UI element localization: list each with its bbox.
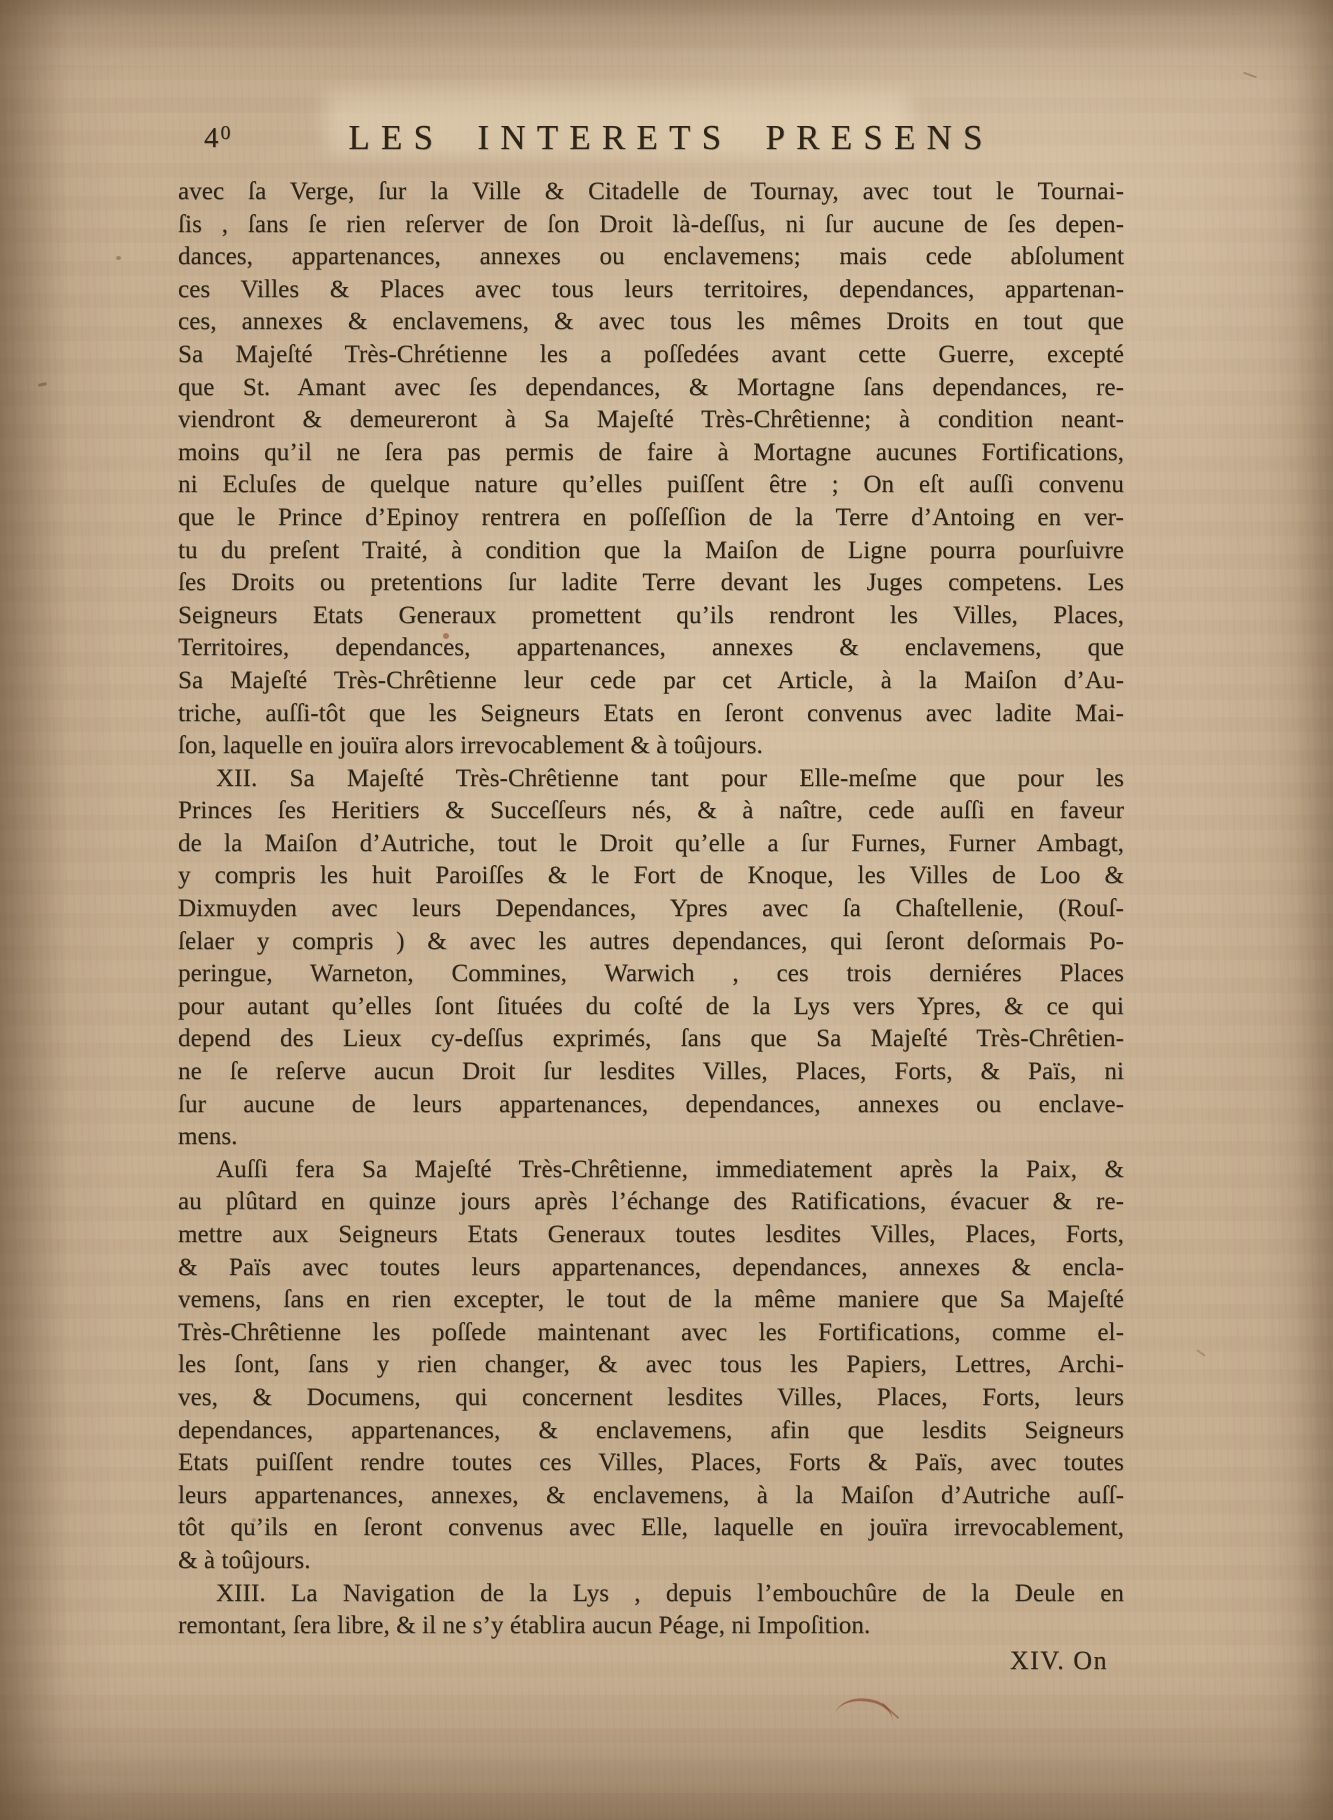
text-line: ne ſe reſerve aucun Droit ſur lesdites V… <box>178 1056 1124 1089</box>
text-line: ni Ecluſes de quelque nature qu’elles pu… <box>178 469 1124 502</box>
catchword: XIV. On <box>178 1645 1124 1678</box>
paper-speck <box>1196 1349 1205 1356</box>
text-line: viendront & demeureront à Sa Majeſté Trè… <box>178 404 1124 437</box>
text-line: pour autant qu’elles ſont ſituées du coſ… <box>178 991 1124 1024</box>
text-line: ſelaer y compris ) & avec les autres dep… <box>178 926 1124 959</box>
text-line: vemens, ſans en rien excepter, le tout d… <box>178 1284 1124 1317</box>
text-line: tu du preſent Traité, à condition que la… <box>178 535 1124 568</box>
text-line: tôt qu’ils en ſeront convenus avec Elle,… <box>178 1512 1124 1545</box>
text-line: Très-Chrêtienne les poſſede maintenant a… <box>178 1317 1124 1350</box>
text-line: Etats puiſſent rendre toutes ces Villes,… <box>178 1447 1124 1480</box>
text-line: avec ſa Verge, ſur la Ville & Citadelle … <box>178 176 1124 209</box>
text-line: Territoires, dependances, appartenances,… <box>178 632 1124 665</box>
paper-speck <box>1243 72 1257 79</box>
text-line: triche, auſſi-tôt que les Seigneurs Etat… <box>178 698 1124 731</box>
text-line: Dixmuyden avec leurs Dependances, Ypres … <box>178 893 1124 926</box>
text-line: moins qu’il ne ſera pas permis de faire … <box>178 437 1124 470</box>
text-line: au plûtard en quinze jours après l’échan… <box>178 1186 1124 1219</box>
text-line: remontant, ſera libre, & il ne s’y établ… <box>178 1610 1124 1643</box>
text-line: de la Maiſon d’Autriche, tout le Droit q… <box>178 828 1124 861</box>
text-line: mettre aux Seigneurs Etats Generaux tout… <box>178 1219 1124 1252</box>
text-line: Auſſi fera Sa Majeſté Très-Chrêtienne, i… <box>178 1154 1124 1187</box>
text-line: Sa Majeſté Très-Chrêtienne leur cede par… <box>178 665 1124 698</box>
page-number-superscript: 0 <box>221 122 232 144</box>
text-line: ves, & Documens, qui concernent lesdites… <box>178 1382 1124 1415</box>
text-line: ſur aucune de leurs appartenances, depen… <box>178 1089 1124 1122</box>
paper-fiber-squiggle <box>834 1691 896 1729</box>
book-page: 40 LES INTERETS PRESENS avec ſa Verge, ſ… <box>0 0 1333 1820</box>
text-line: les ſont, ſans y rien changer, & avec to… <box>178 1349 1124 1382</box>
text-line: mens. <box>178 1121 1124 1154</box>
text-line: & Païs avec toutes leurs appartenances, … <box>178 1252 1124 1285</box>
text-line: que le Prince d’Epinoy rentrera en poſſe… <box>178 502 1124 535</box>
text-line: Seigneurs Etats Generaux promettent qu’i… <box>178 600 1124 633</box>
text-line: Sa Majeſté Très-Chrétienne les a poſſedé… <box>178 339 1124 372</box>
text-line: ces, annexes & enclavemens, & avec tous … <box>178 306 1124 339</box>
text-line: ſon, laquelle en jouïra alors irrevocabl… <box>178 730 1124 763</box>
text-line: que St. Amant avec ſes dependances, & Mo… <box>178 372 1124 405</box>
text-line-article-xii: XII. Sa Majeſté Très-Chrêtienne tant pou… <box>178 763 1124 796</box>
page-number-digit: 4 <box>204 122 220 154</box>
text-line: ces Villes & Places avec tous leurs terr… <box>178 274 1124 307</box>
paper-speck <box>116 256 121 260</box>
text-line: y compris les huit Paroiſſes & le Fort d… <box>178 860 1124 893</box>
text-line: dances, appartenances, annexes ou enclav… <box>178 241 1124 274</box>
text-block: avec ſa Verge, ſur la Ville & Citadelle … <box>178 176 1124 1677</box>
paper-speck <box>38 382 47 387</box>
text-line: peringue, Warneton, Commines, Warwich , … <box>178 958 1124 991</box>
text-line-article-xiii: XIII. La Navigation de la Lys , depuis l… <box>178 1578 1124 1611</box>
page-header: 40 LES INTERETS PRESENS <box>178 110 1124 166</box>
text-line: & à toûjours. <box>178 1545 1124 1578</box>
text-line: Princes ſes Heritiers & Succeſſeurs nés,… <box>178 795 1124 828</box>
text-line: ſes Droits ou pretentions ſur ladite Ter… <box>178 567 1124 600</box>
text-line: leurs appartenances, annexes, & enclavem… <box>178 1480 1124 1513</box>
page-number: 40 <box>204 122 231 155</box>
text-line: dependances, appartenances, & enclavemen… <box>178 1415 1124 1448</box>
text-line: ſis , ſans ſe rien reſerver de ſon Droit… <box>178 209 1124 242</box>
running-title: LES INTERETS PRESENS <box>178 110 1124 166</box>
text-line: depend des Lieux cy-deſſus exprimés, ſan… <box>178 1023 1124 1056</box>
